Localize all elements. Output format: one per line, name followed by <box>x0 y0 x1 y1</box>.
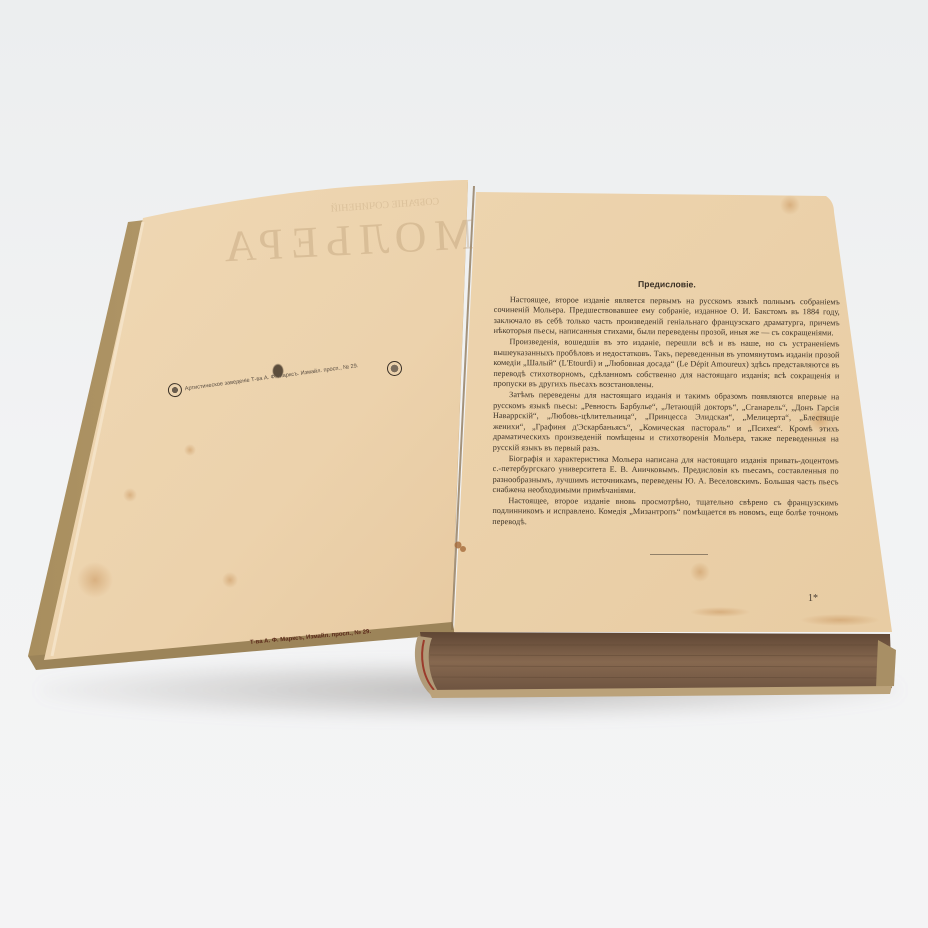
preface-paragraph: Произведенія, вошедшія въ это изданіе, п… <box>493 337 839 392</box>
page-number: 1* <box>808 593 818 604</box>
page-edges <box>420 632 892 692</box>
preface-title: Предисловіе. <box>494 278 840 291</box>
printer-mark-icon <box>167 382 183 398</box>
preface-paragraph: Затѣмъ переведены для настоящаго изданія… <box>493 390 839 456</box>
book-photo-scene: СОБРАНІЕ СОЧИНЕНІЙ МОЛЬЕРА Артистическое… <box>0 0 928 928</box>
seal-emblem-icon <box>387 361 402 376</box>
preface-paragraph: Настоящее, второе изданіе является первы… <box>494 295 840 340</box>
preface-paragraph: Біографія и характеристика Мольера напис… <box>492 453 838 498</box>
preface-paragraph: Настоящее, второе изданіе вновь просмотр… <box>492 496 838 530</box>
preface-text-block: Предисловіе. Настоящее, второе изданіе я… <box>492 278 840 530</box>
end-rule <box>650 554 708 555</box>
